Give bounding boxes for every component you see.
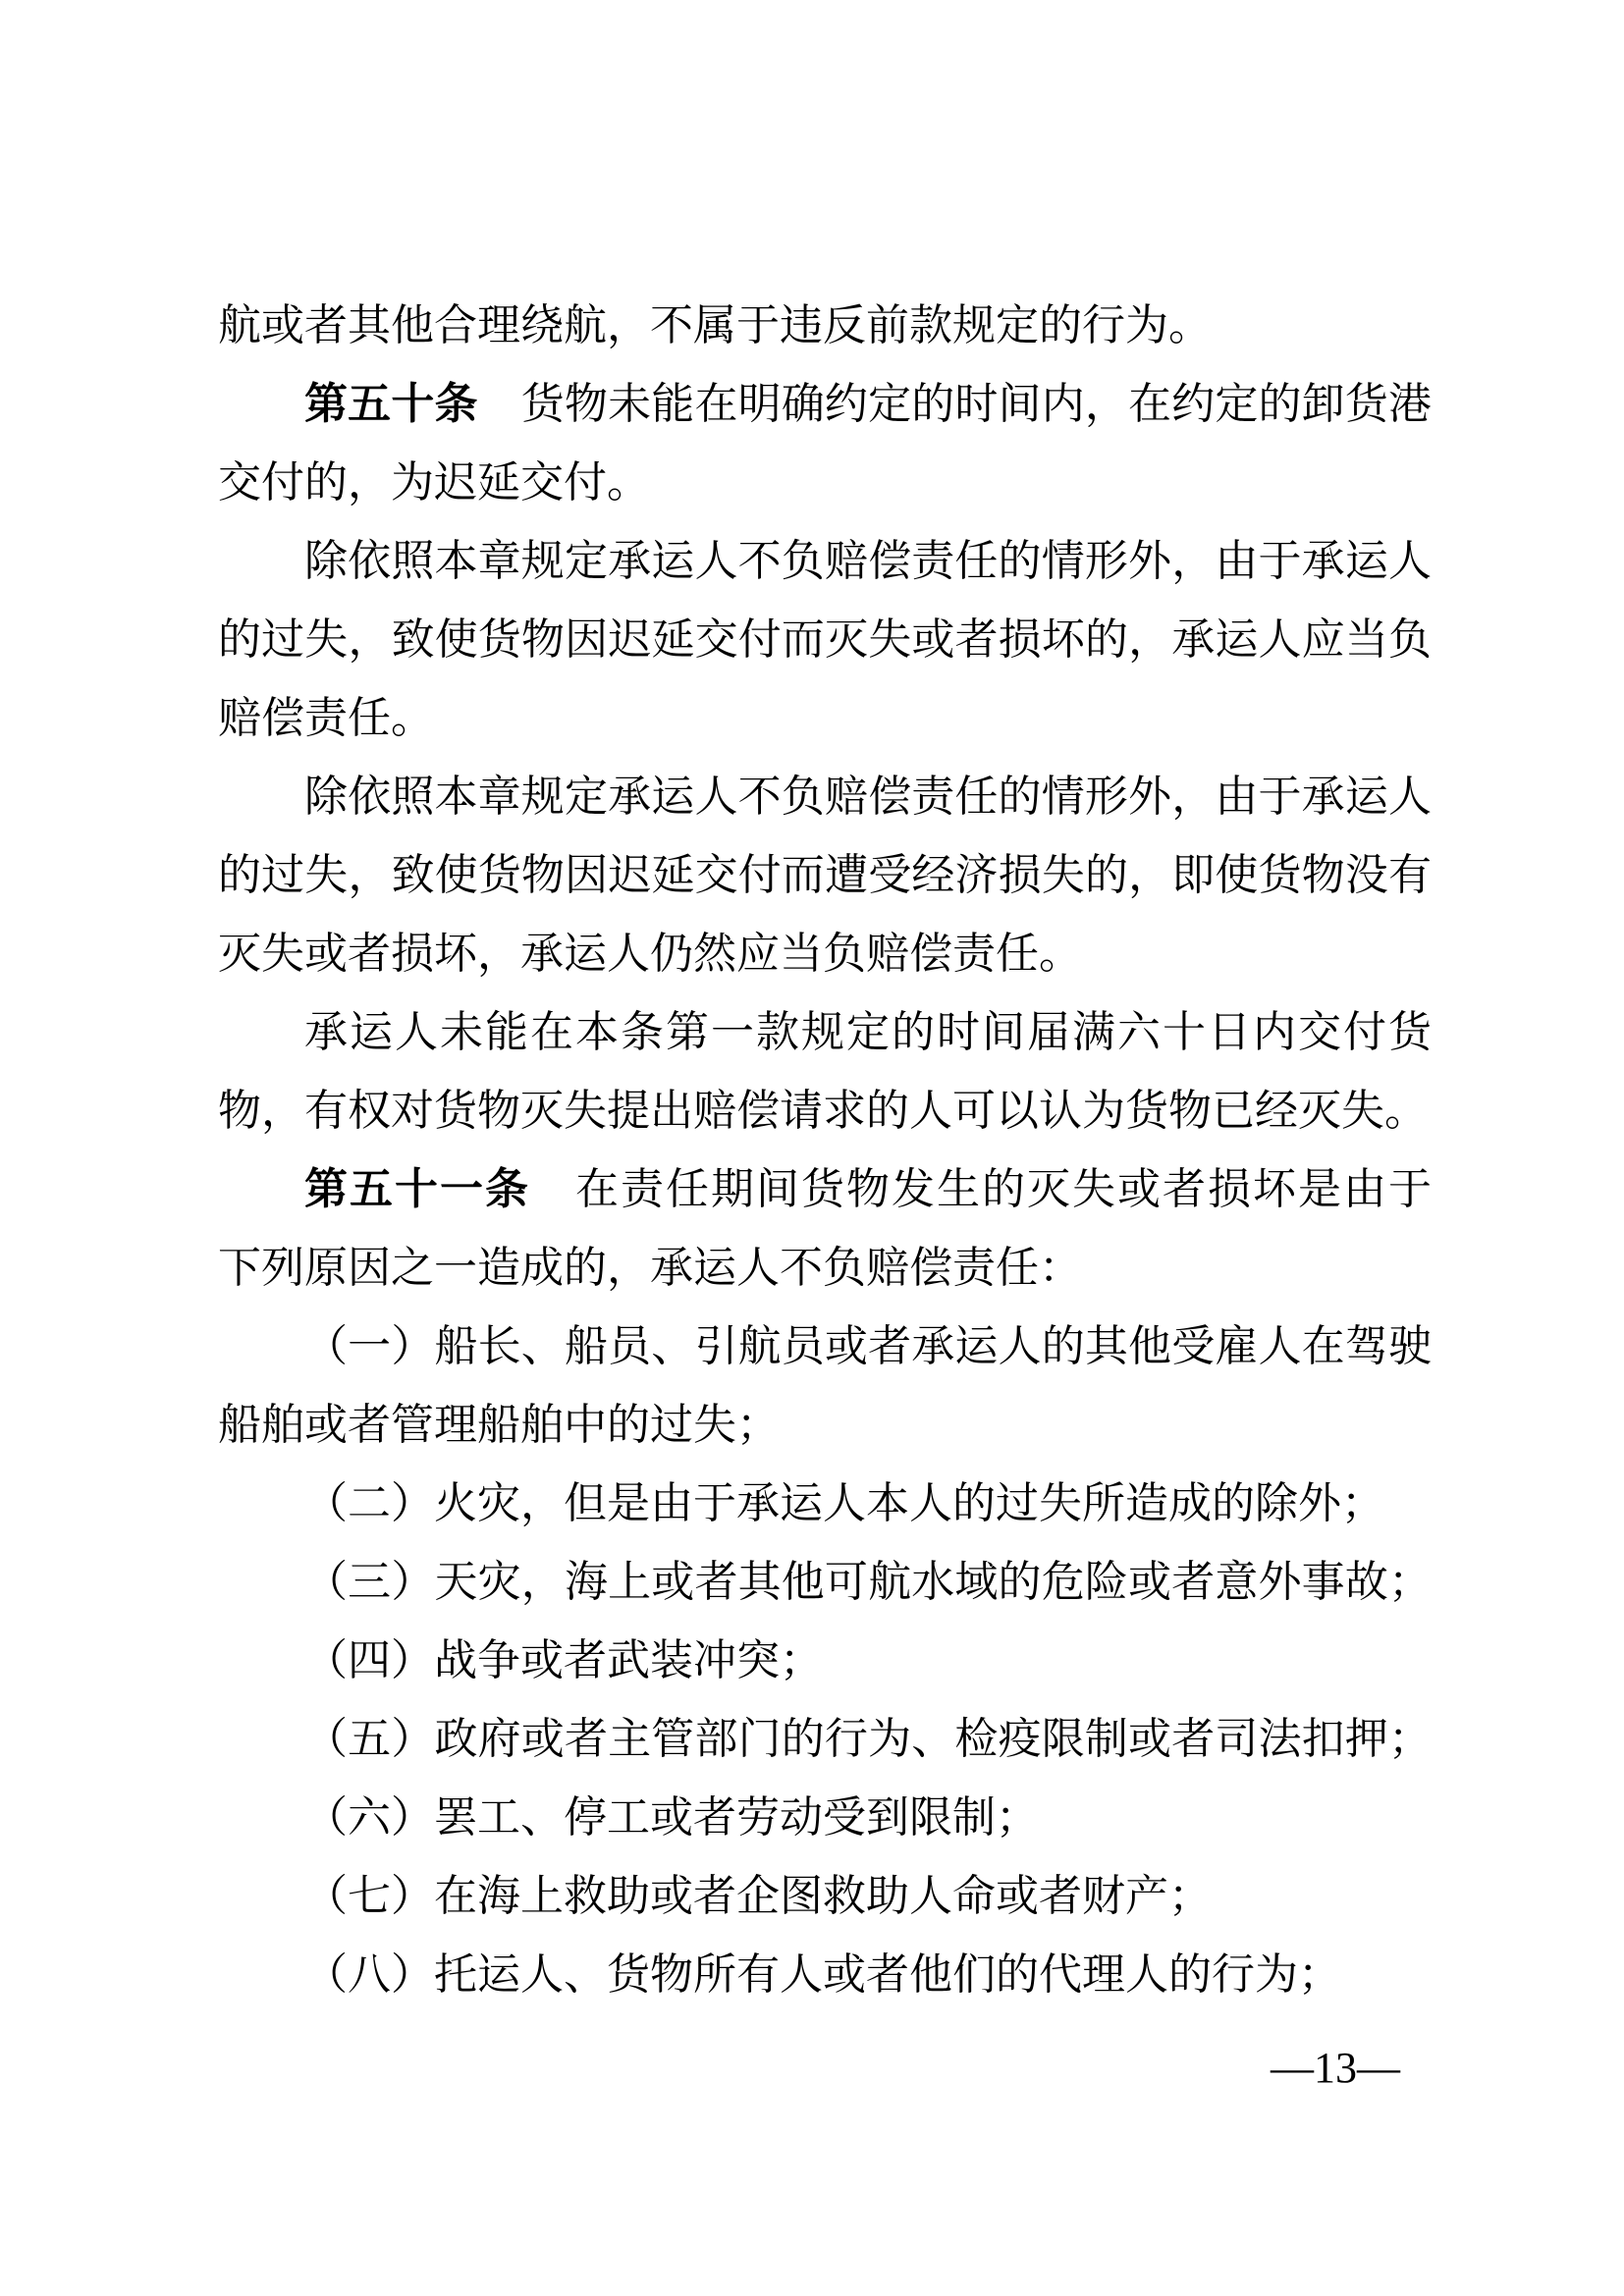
paragraph-line: 承运人未能在本条第一款规定的时间届满六十日内交付货 bbox=[218, 993, 1432, 1072]
list-item-1-continuation-line: 船舶或者管理船舶中的过失； bbox=[218, 1386, 1432, 1465]
list-item-7-line: （七）在海上救助或者企图救助人命或者财产； bbox=[218, 1857, 1432, 1936]
list-item-2-line: （二）火灾，但是由于承运人本人的过失所造成的除外； bbox=[218, 1465, 1432, 1543]
paragraph-continuation-line: 航或者其他合理绕航，不属于违反前款规定的行为。 bbox=[218, 287, 1432, 365]
list-item-4-line: （四）战争或者武装冲突； bbox=[218, 1622, 1432, 1700]
document-page: 航或者其他合理绕航，不属于违反前款规定的行为。 第五十条 货物未能在明确约定的时… bbox=[0, 0, 1624, 2296]
paragraph-line: 除依照本章规定承运人不负赔偿责任的情形外，由于承运人 bbox=[218, 758, 1432, 836]
list-item-1-line: （一）船长、船员、引航员或者承运人的其他受雇人在驾驶 bbox=[218, 1308, 1432, 1386]
article-50-text: 货物未能在明确约定的时间内，在约定的卸货港 bbox=[478, 380, 1432, 428]
paragraph-continuation-line: 的过失，致使货物因迟延交付而遭受经济损失的，即使货物没有 bbox=[218, 836, 1432, 915]
list-item-6-line: （六）罢工、停工或者劳动受到限制； bbox=[218, 1779, 1432, 1857]
paragraph-continuation-line: 灭失或者损坏，承运人仍然应当负赔偿责任。 bbox=[218, 915, 1432, 993]
list-item-3-line: （三）天灾，海上或者其他可航水域的危险或者意外事故； bbox=[218, 1543, 1432, 1622]
paragraph-continuation-line: 交付的，为迟延交付。 bbox=[218, 444, 1432, 522]
page-number: —13— bbox=[1271, 2045, 1400, 2092]
paragraph-continuation-line: 物，有权对货物灭失提出赔偿请求的人可以认为货物已经灭失。 bbox=[218, 1072, 1432, 1150]
list-item-8-line: （八）托运人、货物所有人或者他们的代理人的行为； bbox=[218, 1936, 1432, 2014]
list-item-5-line: （五）政府或者主管部门的行为、检疫限制或者司法扣押； bbox=[218, 1700, 1432, 1779]
document-body: 航或者其他合理绕航，不属于违反前款规定的行为。 第五十条 货物未能在明确约定的时… bbox=[218, 287, 1432, 2014]
paragraph-continuation-line: 的过失，致使货物因迟延交付而灭失或者损坏的，承运人应当负 bbox=[218, 601, 1432, 679]
article-50-number: 第五十条 bbox=[304, 380, 478, 428]
article-51-text: 在责任期间货物发生的灭失或者损坏是由于 bbox=[530, 1165, 1432, 1213]
article-51-number: 第五十一条 bbox=[304, 1165, 530, 1213]
paragraph-line: 除依照本章规定承运人不负赔偿责任的情形外，由于承运人 bbox=[218, 522, 1432, 601]
paragraph-continuation-line: 赔偿责任。 bbox=[218, 679, 1432, 758]
paragraph-continuation-line: 下列原因之一造成的，承运人不负赔偿责任： bbox=[218, 1229, 1432, 1308]
article-51-heading-line: 第五十一条 在责任期间货物发生的灭失或者损坏是由于 bbox=[218, 1150, 1432, 1229]
article-50-heading-line: 第五十条 货物未能在明确约定的时间内，在约定的卸货港 bbox=[218, 365, 1432, 444]
